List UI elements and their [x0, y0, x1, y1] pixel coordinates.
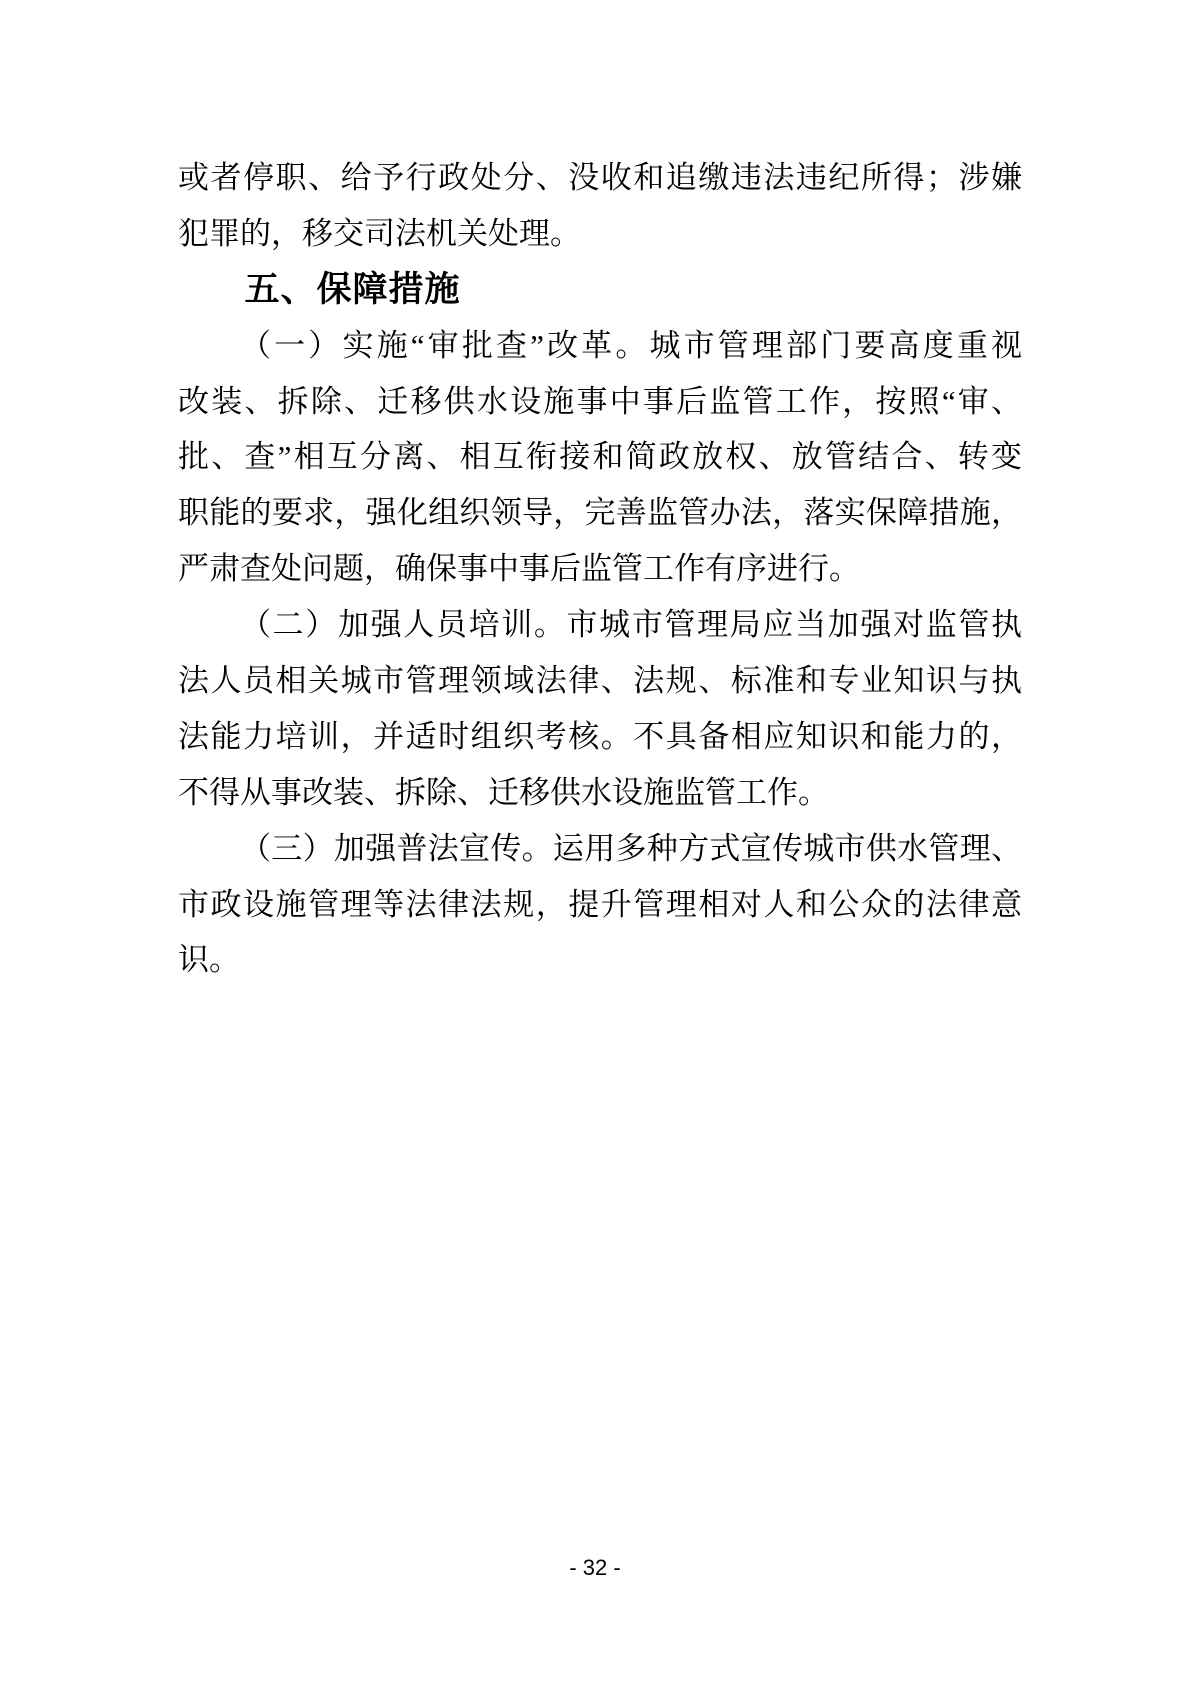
document-body: 或者停职、给予行政处分、没收和追缴违法违纪所得；涉嫌 犯罪的，移交司法机关处理。… [178, 150, 1022, 988]
section-heading: 五、保障措施 [178, 262, 1022, 318]
document-line: （三）加强普法宣传。运用多种方式宣传城市供水管理、 [178, 821, 1022, 877]
document-line: （二）加强人员培训。市城市管理局应当加强对监管执 [178, 597, 1022, 653]
document-line: 犯罪的，移交司法机关处理。 [178, 206, 1022, 262]
document-line: 或者停职、给予行政处分、没收和追缴违法违纪所得；涉嫌 [178, 150, 1022, 206]
page-number: - 32 - [0, 1553, 1190, 1583]
document-line: 市政设施管理等法律法规，提升管理相对人和公众的法律意 [178, 877, 1022, 933]
document-line: 法能力培训，并适时组织考核。不具备相应知识和能力的， [178, 709, 1022, 765]
document-line: 改装、拆除、迁移供水设施事中事后监管工作，按照“审、 [178, 374, 1022, 430]
document-line: 法人员相关城市管理领域法律、法规、标准和专业知识与执 [178, 653, 1022, 709]
document-page: 或者停职、给予行政处分、没收和追缴违法违纪所得；涉嫌 犯罪的，移交司法机关处理。… [0, 0, 1190, 1683]
document-line: （一）实施“审批查”改革。城市管理部门要高度重视 [178, 318, 1022, 374]
document-line: 不得从事改装、拆除、迁移供水设施监管工作。 [178, 765, 1022, 821]
document-line: 识。 [178, 932, 1022, 988]
document-line: 职能的要求，强化组织领导，完善监管办法，落实保障措施， [178, 485, 1022, 541]
document-line: 批、查”相互分离、相互衔接和简政放权、放管结合、转变 [178, 429, 1022, 485]
document-line: 严肃查处问题，确保事中事后监管工作有序进行。 [178, 541, 1022, 597]
